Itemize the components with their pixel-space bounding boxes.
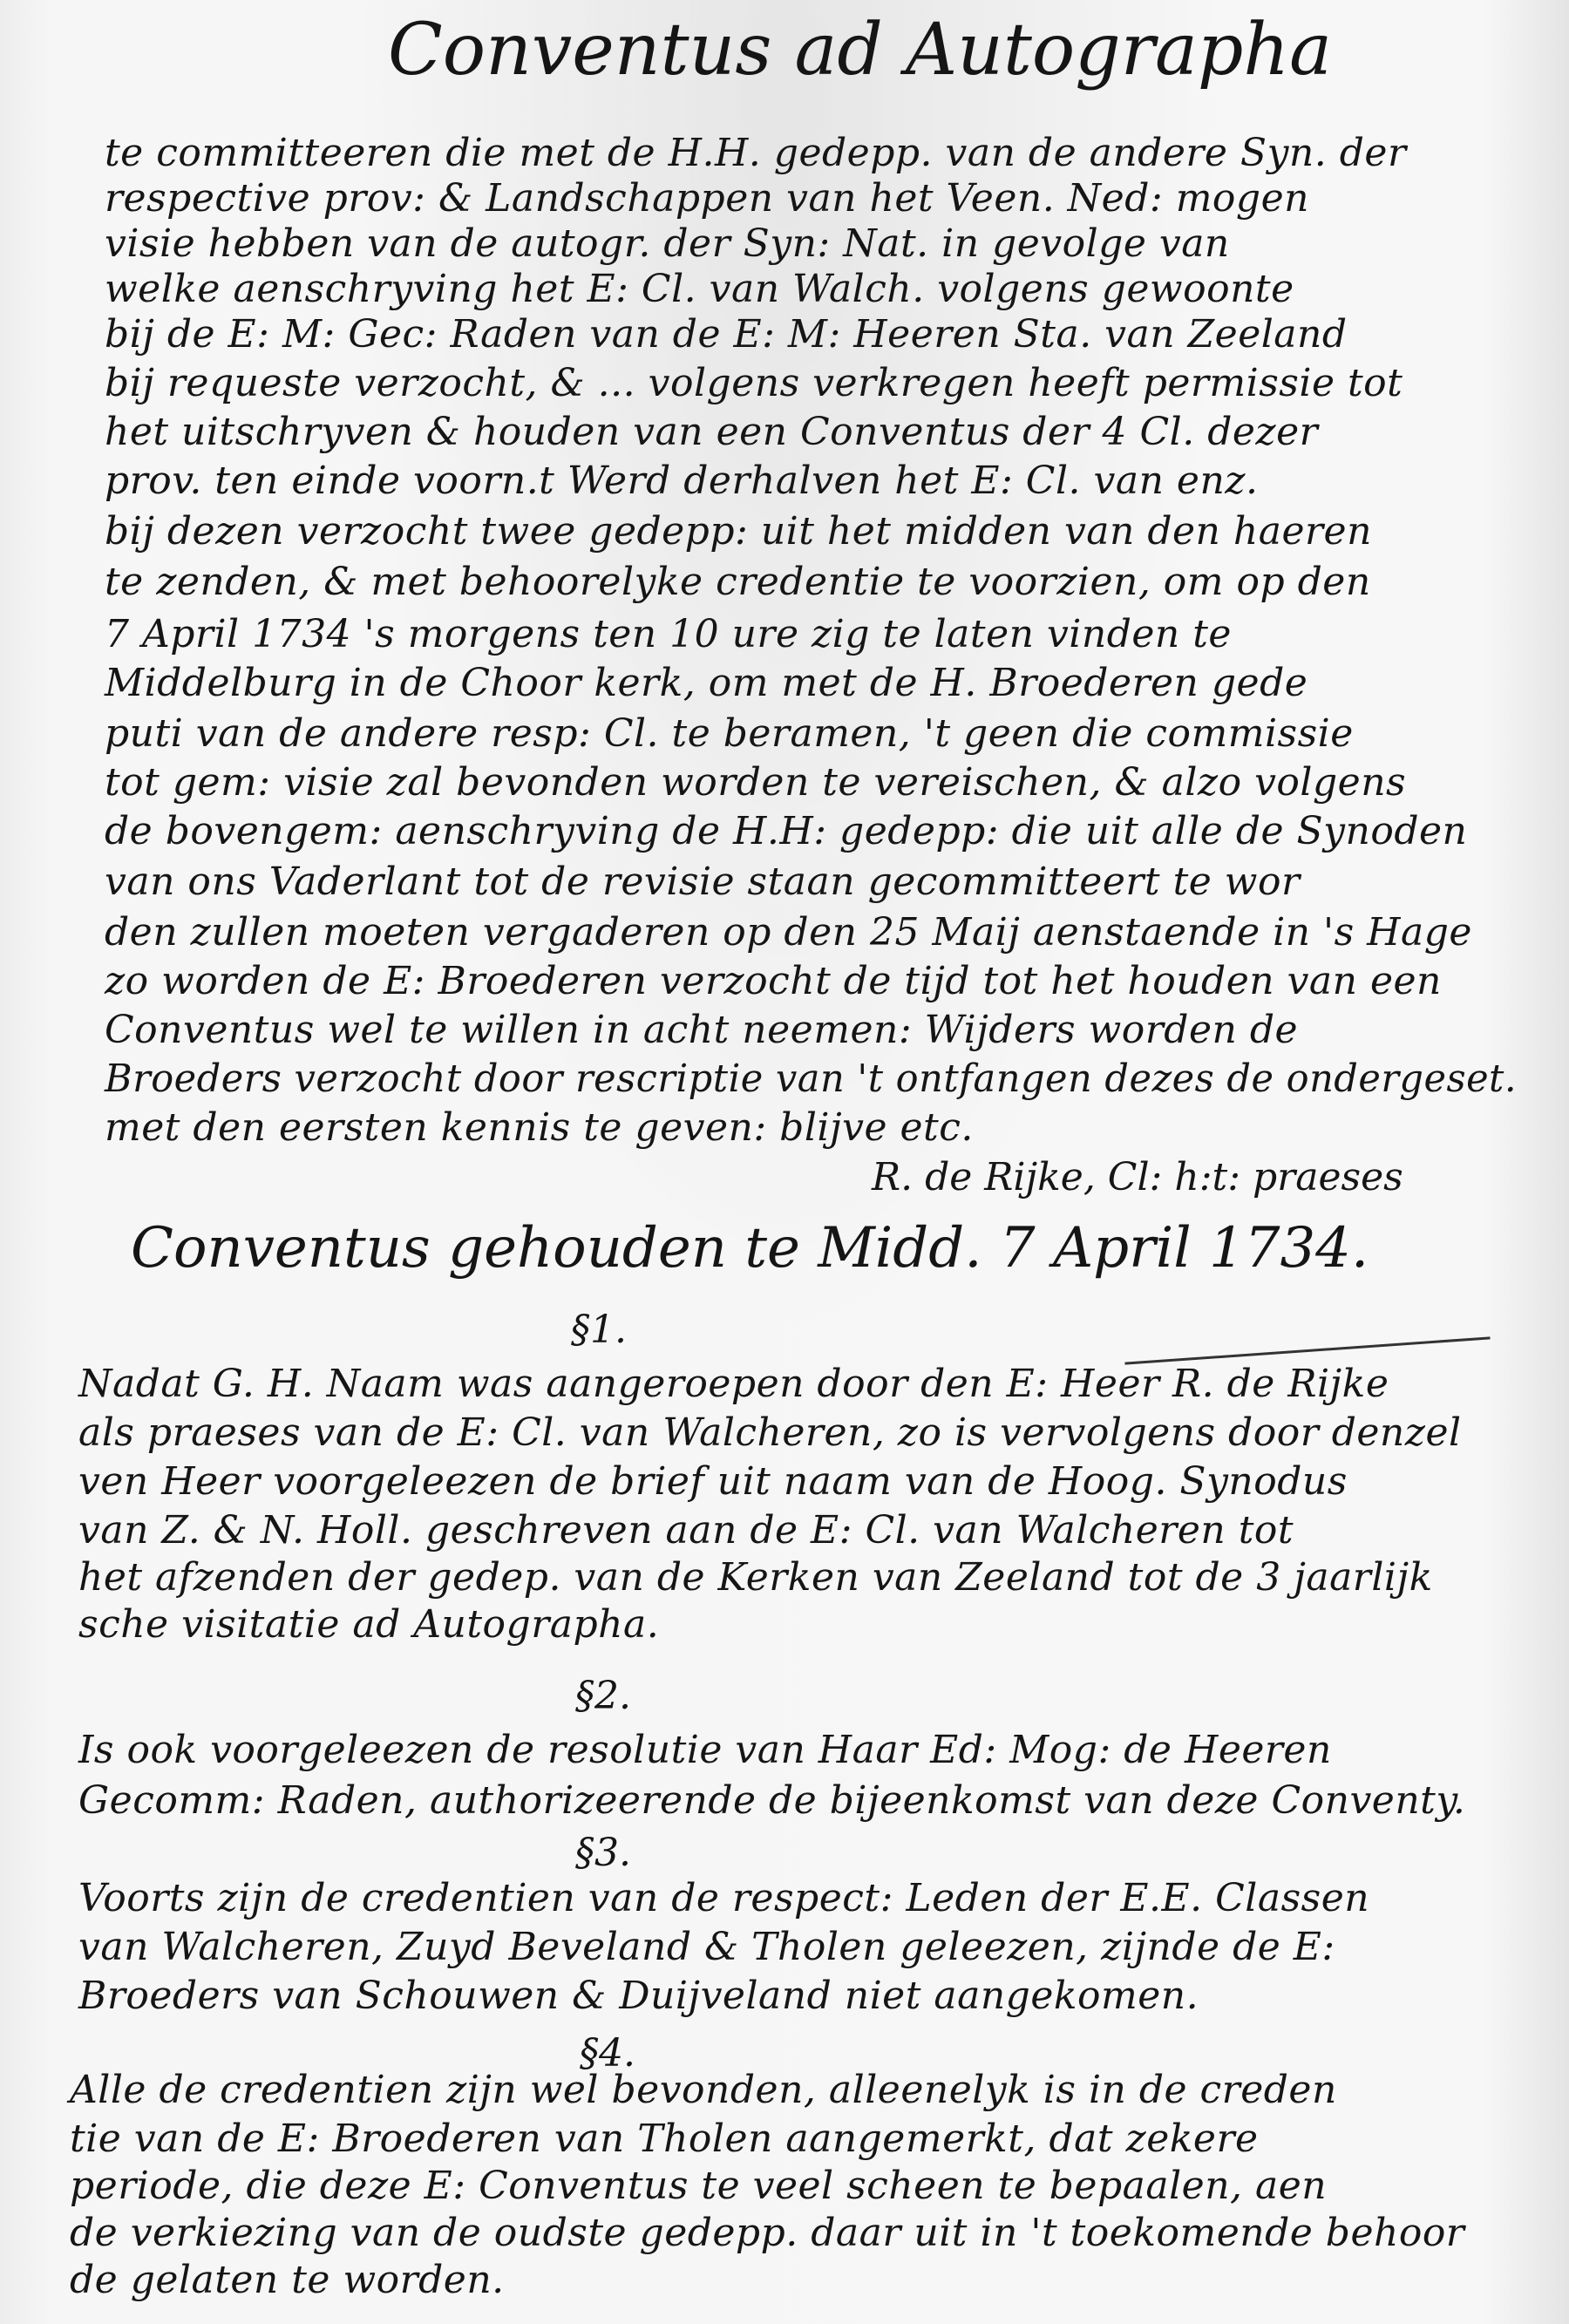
page-heading: Conventus ad Autographa [388,9,1332,92]
session-heading: Conventus gehouden te Midd. 7 April 1734… [131,1216,1369,1281]
text-line: periode, die deze E: Conventus te veel s… [70,2162,1517,2211]
text-line: bij requeste verzocht, & ... volgens ver… [105,359,1517,408]
text-line: Conventus wel te willen in acht neemen: … [105,1006,1517,1055]
text-line: Gecomm: Raden, authorizeerende de bijeen… [78,1777,1517,1825]
text-line: zo worden de E: Broederen verzocht de ti… [105,957,1517,1006]
text-line: de bovengem: aenschryving de H.H: gedepp… [105,807,1517,856]
section-mark: §1. [571,1308,627,1352]
text-line: ven Heer voorgeleezen de brief uit naam … [78,1458,1517,1506]
text-line: Broeders verzocht door rescriptie van 't… [105,1055,1487,1104]
text-line: bij dezen verzocht twee gedepp: uit het … [105,507,1517,556]
text-line: prov. ten einde voorn.t Werd derhalven h… [105,457,1517,506]
text-line: Nadat G. H. Naam was aangeroepen door de… [78,1360,1517,1409]
text-line: welke aenschryving het E: Cl. van Walch.… [105,265,1517,314]
text-line: Is ook voorgeleezen de resolutie van Haa… [78,1726,1517,1775]
text-line: het afzenden der gedep. van de Kerken va… [78,1553,1517,1602]
text-line: te committeeren die met de H.H. gedepp. … [105,129,1517,178]
text-line: tie van de E: Broederen van Tholen aange… [70,2115,1517,2164]
manuscript-page: Conventus ad Autographa te committeeren … [0,0,1569,2324]
text-line: sche visitatie ad Autographa. [78,1600,1517,1649]
text-line: van Z. & N. Holl. geschreven aan de E: C… [78,1506,1517,1555]
text-line: van ons Vaderlant tot de revisie staan g… [105,858,1517,907]
text-line: als praeses van de E: Cl. van Walcheren,… [78,1409,1517,1458]
text-line: respective prov: & Landschappen van het … [105,174,1517,223]
text-line: het uitschryven & houden van een Convent… [105,408,1517,457]
text-line: tot gem: visie zal bevonden worden te ve… [105,758,1517,807]
text-line: de verkiezing van de oudste gedepp. daar… [70,2209,1517,2258]
text-line: bij de E: M: Gec: Raden van de E: M: Hee… [105,310,1517,359]
text-line: Broeders van Schouwen & Duijveland niet … [78,1972,1517,2021]
text-line: Voorts zijn de credentien van de respect… [78,1874,1517,1923]
text-line: visie hebben van de autogr. der Syn: Nat… [105,220,1517,268]
section-mark: §3. [575,1831,631,1875]
text-line: puti van de andere resp: Cl. te beramen,… [105,710,1517,758]
signature: R. de Rijke, Cl: h:t: praeses [872,1155,1403,1199]
section-mark: §2. [575,1674,631,1718]
text-line: 7 April 1734 's morgens ten 10 ure zig t… [105,610,1517,659]
text-line: Alle de credentien zijn wel bevonden, al… [70,2066,1517,2115]
text-line: Middelburg in de Choor kerk, om met de H… [105,659,1517,708]
text-line: van Walcheren, Zuyd Beveland & Tholen ge… [78,1923,1517,1972]
text-line: te zenden, & met behoorelyke credentie t… [105,558,1517,607]
text-line: de gelaten te worden. [70,2256,1517,2305]
text-line: met den eersten kennis te geven: blijve … [105,1104,1517,1152]
text-line: den zullen moeten vergaderen op den 25 M… [105,908,1517,957]
